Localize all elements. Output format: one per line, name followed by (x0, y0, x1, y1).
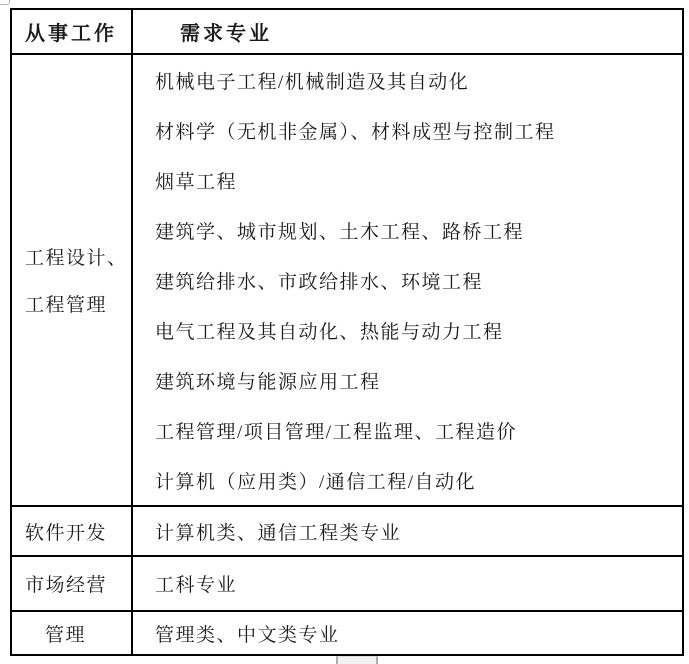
job-cell-management: 管理 (11, 611, 132, 655)
header-job-column: 从事工作 (11, 9, 132, 54)
major-item: 工程管理/项目管理/工程监理、工程造价 (155, 405, 682, 455)
table-row-management: 管理 管理类、中文类专业 (11, 611, 683, 655)
document-canvas: 从事工作 需求专业 工程设计、 工程管理 机械电子工程/机械制造及其自动化 材料… (0, 0, 689, 664)
major-item: 建筑环境与能源应用工程 (155, 355, 682, 405)
job-cell-software: 软件开发 (11, 506, 132, 556)
majors-cell-engineering: 机械电子工程/机械制造及其自动化 材料学（无机非金属）、材料成型与控制工程 烟草… (132, 54, 683, 506)
cutoff-widget-fragment (336, 656, 378, 664)
job-cell-engineering: 工程设计、 工程管理 (11, 54, 132, 506)
job-cell-marketing: 市场经营 (11, 556, 132, 611)
major-item: 电气工程及其自动化、热能与动力工程 (155, 305, 682, 355)
major-item: 计算机（应用类）/通信工程/自动化 (155, 455, 682, 505)
job-line-1: 工程设计、 (25, 233, 131, 280)
table-handle-corner-mark (0, 0, 10, 5)
job-majors-table: 从事工作 需求专业 工程设计、 工程管理 机械电子工程/机械制造及其自动化 材料… (10, 8, 684, 656)
majors-cell-software: 计算机类、通信工程类专业 (132, 506, 683, 556)
major-item: 烟草工程 (155, 155, 682, 205)
majors-cell-marketing: 工科专业 (132, 556, 683, 611)
major-item: 建筑学、城市规划、土木工程、路桥工程 (155, 205, 682, 255)
table-row-marketing: 市场经营 工科专业 (11, 556, 683, 611)
table-header-row: 从事工作 需求专业 (11, 9, 683, 54)
table-row-engineering: 工程设计、 工程管理 机械电子工程/机械制造及其自动化 材料学（无机非金属）、材… (11, 54, 683, 506)
major-item: 材料学（无机非金属）、材料成型与控制工程 (155, 105, 682, 155)
table-row-software: 软件开发 计算机类、通信工程类专业 (11, 506, 683, 556)
header-majors-column: 需求专业 (132, 9, 683, 54)
majors-cell-management: 管理类、中文类专业 (132, 611, 683, 655)
major-item: 机械电子工程/机械制造及其自动化 (155, 55, 682, 105)
job-line-2: 工程管理 (25, 280, 131, 327)
major-item: 建筑给排水、市政给排水、环境工程 (155, 255, 682, 305)
